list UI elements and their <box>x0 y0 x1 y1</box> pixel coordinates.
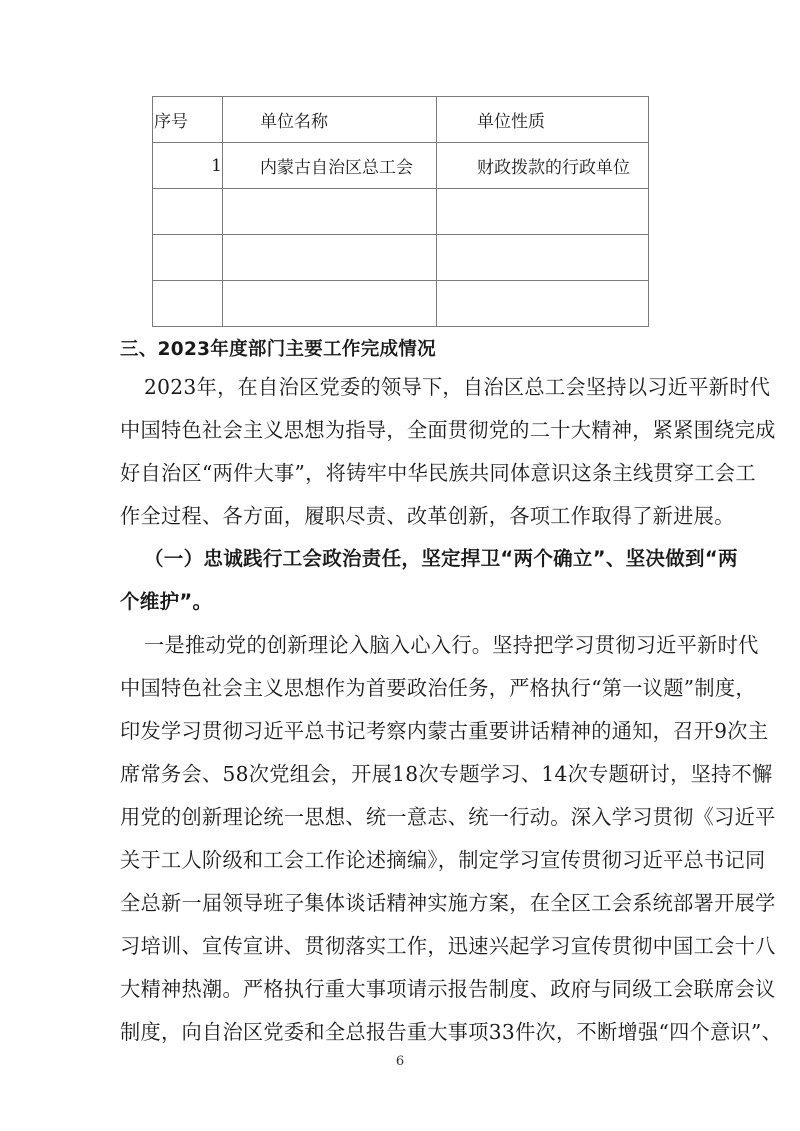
cell-unit-nature <box>437 189 649 235</box>
paragraph-line: 中国特色社会主义思想作为首要政治任务，严格执行“第一议题”制度， <box>120 676 692 700</box>
paragraph-line: 作全过程、各方面，履职尽责、改革创新，各项工作取得了新进展。 <box>120 504 692 528</box>
cell-seq: 1 <box>153 143 223 189</box>
paragraph-line: 中国特色社会主义思想为指导，全面贯彻党的二十大精神，紧紧围绕完成 <box>120 418 692 442</box>
cell-seq <box>153 189 223 235</box>
cell-seq <box>153 281 223 327</box>
paragraph-line: 好自治区“两件大事”，将铸牢中华民族共同体意识这条主线贯穿工会工 <box>120 461 692 485</box>
paragraph-line: 用党的创新理论统一思想、统一意志、统一行动。深入学习贯彻《习近平 <box>120 805 692 829</box>
paragraph-line: 关于工人阶级和工会工作论述摘编》，制定学习宣传贯彻习近平总书记同 <box>120 848 692 872</box>
cell-unit-name <box>223 235 437 281</box>
cell-unit-name: 内蒙古自治区总工会 <box>223 158 413 178</box>
cell-unit-nature <box>437 235 649 281</box>
header-unit-name: 单位名称 <box>223 112 328 132</box>
table-header-row: 序号 单位名称 单位性质 <box>153 97 649 143</box>
subheading-line: （一）忠诚践行工会政治责任，坚定捍卫“两个确立”、坚决做到“两 <box>144 547 692 571</box>
header-seq: 序号 <box>153 112 188 132</box>
unit-table: 序号 单位名称 单位性质 1 内蒙古自治区总工会 财政拨款的行政单位 <box>152 96 649 327</box>
paragraph-line: 席常务会、58次党组会，开展18次专题学习、14次专题研讨，坚持不懈 <box>120 762 692 786</box>
table-row <box>153 235 649 281</box>
paragraph-line: 一是推动党的创新理论入脑入心入行。坚持把学习贯彻习近平新时代 <box>144 633 692 657</box>
paragraph-line: 印发学习贯彻习近平总书记考察内蒙古重要讲话精神的通知，召开9次主 <box>120 719 692 743</box>
header-unit-nature: 单位性质 <box>437 112 545 132</box>
document-page: 序号 单位名称 单位性质 1 内蒙古自治区总工会 财政拨款的行政单位 三、202… <box>0 0 800 1131</box>
cell-unit-name <box>223 281 437 327</box>
cell-unit-nature: 财政拨款的行政单位 <box>437 158 630 178</box>
table-row: 1 内蒙古自治区总工会 财政拨款的行政单位 <box>153 143 649 189</box>
section-heading: 三、2023年度部门主要工作完成情况 <box>120 338 692 362</box>
cell-unit-nature <box>437 281 649 327</box>
paragraph-line: 全总新一届领导班子集体谈话精神实施方案，在全区工会系统部署开展学 <box>120 891 692 915</box>
paragraph-line: 大精神热潮。严格执行重大事项请示报告制度、政府与同级工会联席会议 <box>120 977 692 1001</box>
table-row <box>153 281 649 327</box>
page-number: 6 <box>392 1054 408 1069</box>
paragraph-line: 制度，向自治区党委和全总报告重大事项33件次，不断增强“四个意识”、 <box>120 1020 692 1044</box>
table-row <box>153 189 649 235</box>
subheading-line: 个维护”。 <box>120 590 692 614</box>
cell-seq <box>153 235 223 281</box>
cell-unit-name <box>223 189 437 235</box>
paragraph-line: 习培训、宣传宣讲、贯彻落实工作，迅速兴起学习宣传贯彻中国工会十八 <box>120 934 692 958</box>
paragraph-line: 2023年，在自治区党委的领导下，自治区总工会坚持以习近平新时代 <box>144 375 692 399</box>
